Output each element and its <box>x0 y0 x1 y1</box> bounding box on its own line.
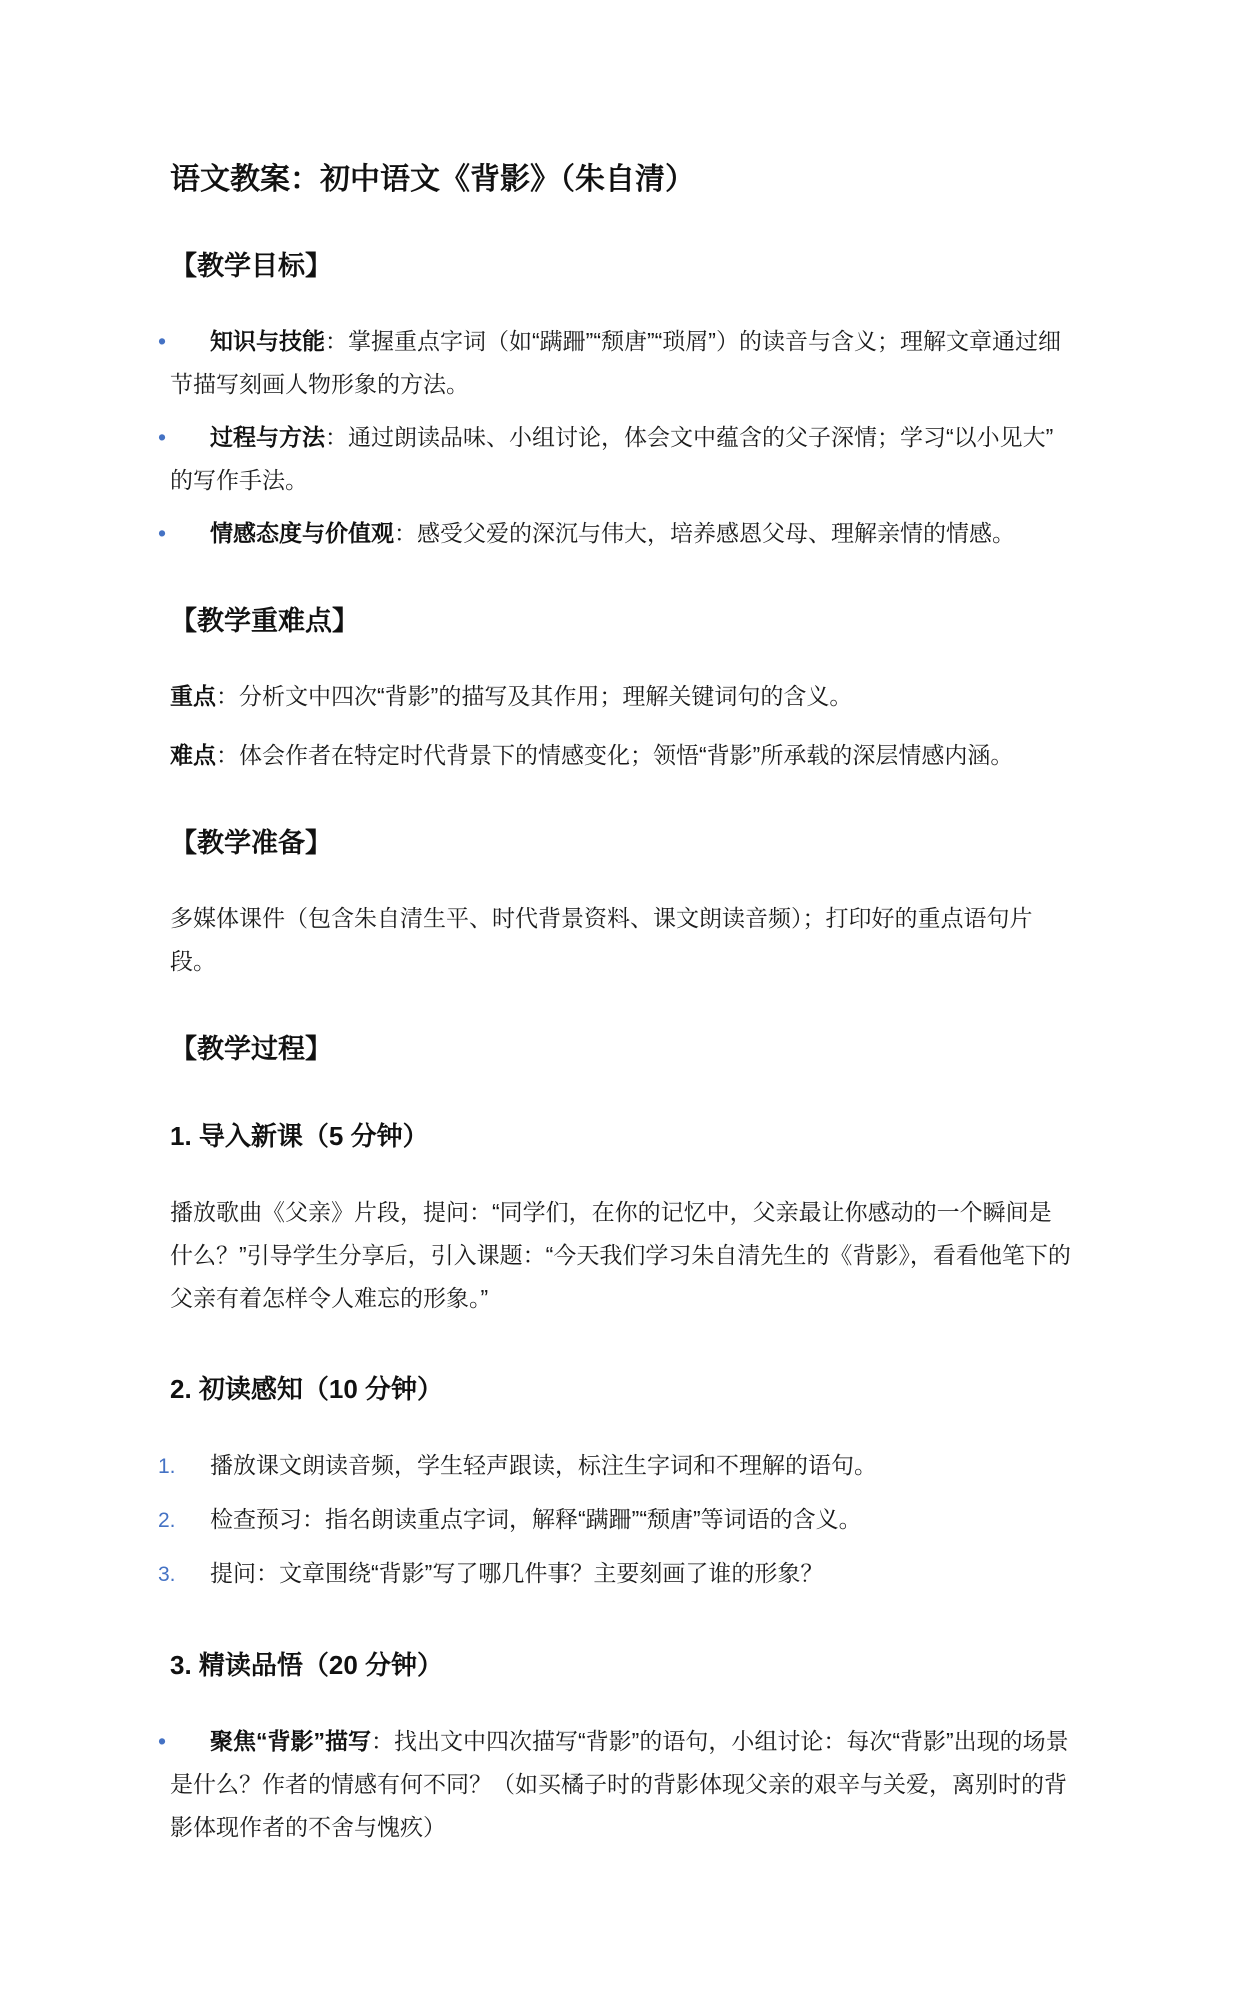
objective-item: •情感态度与价值观：感受父爱的深沉与伟大，培养感恩父母、理解亲情的情感。 <box>170 512 1073 555</box>
section-heading-preparation: 【教学准备】 <box>170 825 1073 861</box>
section-heading-objectives: 【教学目标】 <box>170 248 1073 284</box>
ordered-item-text: 提问：文章围绕“背影”写了哪几件事？主要刻画了谁的形象？ <box>210 1560 823 1586</box>
doc-title: 语文教案：初中语文《背影》（朱自清） <box>170 160 1073 200</box>
keypoint-item: 重点：分析文中四次“背影”的描写及其作用；理解关键词句的含义。 <box>170 675 1073 718</box>
document-page: 语文教案：初中语文《背影》（朱自清） 【教学目标】 •知识与技能：掌握重点字词（… <box>0 0 1241 1999</box>
subsection-heading-first-reading: 2. 初读感知（10 分钟） <box>170 1372 1073 1406</box>
ordered-item: 3.提问：文章围绕“背影”写了哪几件事？主要刻画了谁的形象？ <box>170 1552 1073 1596</box>
keypoint-item: 难点：体会作者在特定时代背景下的情感变化；领悟“背影”所承载的深层情感内涵。 <box>170 734 1073 777</box>
ordered-item: 2.检查预习：指名朗读重点字词，解释“蹒跚”“颓唐”等词语的含义。 <box>170 1498 1073 1542</box>
section-heading-process: 【教学过程】 <box>170 1031 1073 1067</box>
objective-label: 情感态度与价值观 <box>210 520 394 546</box>
keypoint-label: 重点 <box>170 683 216 709</box>
objective-label: 知识与技能 <box>210 328 325 354</box>
objective-text: ：感受父爱的深沉与伟大，培养感恩父母、理解亲情的情感。 <box>394 520 1015 546</box>
keypoint-label: 难点 <box>170 742 216 768</box>
ordered-item: 1.播放课文朗读音频，学生轻声跟读，标注生字词和不理解的语句。 <box>170 1444 1073 1488</box>
keypoint-text: ：体会作者在特定时代背景下的情感变化；领悟“背影”所承载的深层情感内涵。 <box>216 742 1013 768</box>
subsection-heading-close-reading: 3. 精读品悟（20 分钟） <box>170 1648 1073 1682</box>
close-reading-label: 聚焦“背影”描写 <box>210 1728 371 1754</box>
bullet-icon: • <box>158 1720 210 1763</box>
intro-paragraph: 播放歌曲《父亲》片段，提问：“同学们，在你的记忆中，父亲最让你感动的一个瞬间是什… <box>170 1191 1073 1320</box>
objective-label: 过程与方法 <box>210 424 325 450</box>
subsection-heading-intro: 1. 导入新课（5 分钟） <box>170 1119 1073 1153</box>
keypoint-text: ：分析文中四次“背影”的描写及其作用；理解关键词句的含义。 <box>216 683 852 709</box>
bullet-icon: • <box>158 512 210 555</box>
ordered-item-text: 检查预习：指名朗读重点字词，解释“蹒跚”“颓唐”等词语的含义。 <box>210 1506 862 1532</box>
section-heading-keypoints: 【教学重难点】 <box>170 603 1073 639</box>
ordered-item-number: 3. <box>158 1553 210 1596</box>
ordered-item-text: 播放课文朗读音频，学生轻声跟读，标注生字词和不理解的语句。 <box>210 1452 877 1478</box>
bullet-icon: • <box>158 320 210 363</box>
preparation-text: 多媒体课件（包含朱自清生平、时代背景资料、课文朗读音频）；打印好的重点语句片段。 <box>170 897 1073 983</box>
bullet-icon: • <box>158 416 210 459</box>
ordered-item-number: 2. <box>158 1499 210 1542</box>
ordered-item-number: 1. <box>158 1445 210 1488</box>
objective-item: •过程与方法：通过朗读品味、小组讨论，体会文中蕴含的父子深情；学习“以小见大”的… <box>170 416 1073 502</box>
objective-item: •知识与技能：掌握重点字词（如“蹒跚”“颓唐”“琐屑”）的读音与含义；理解文章通… <box>170 320 1073 406</box>
close-reading-item: •聚焦“背影”描写：找出文中四次描写“背影”的语句，小组讨论：每次“背影”出现的… <box>170 1720 1073 1849</box>
